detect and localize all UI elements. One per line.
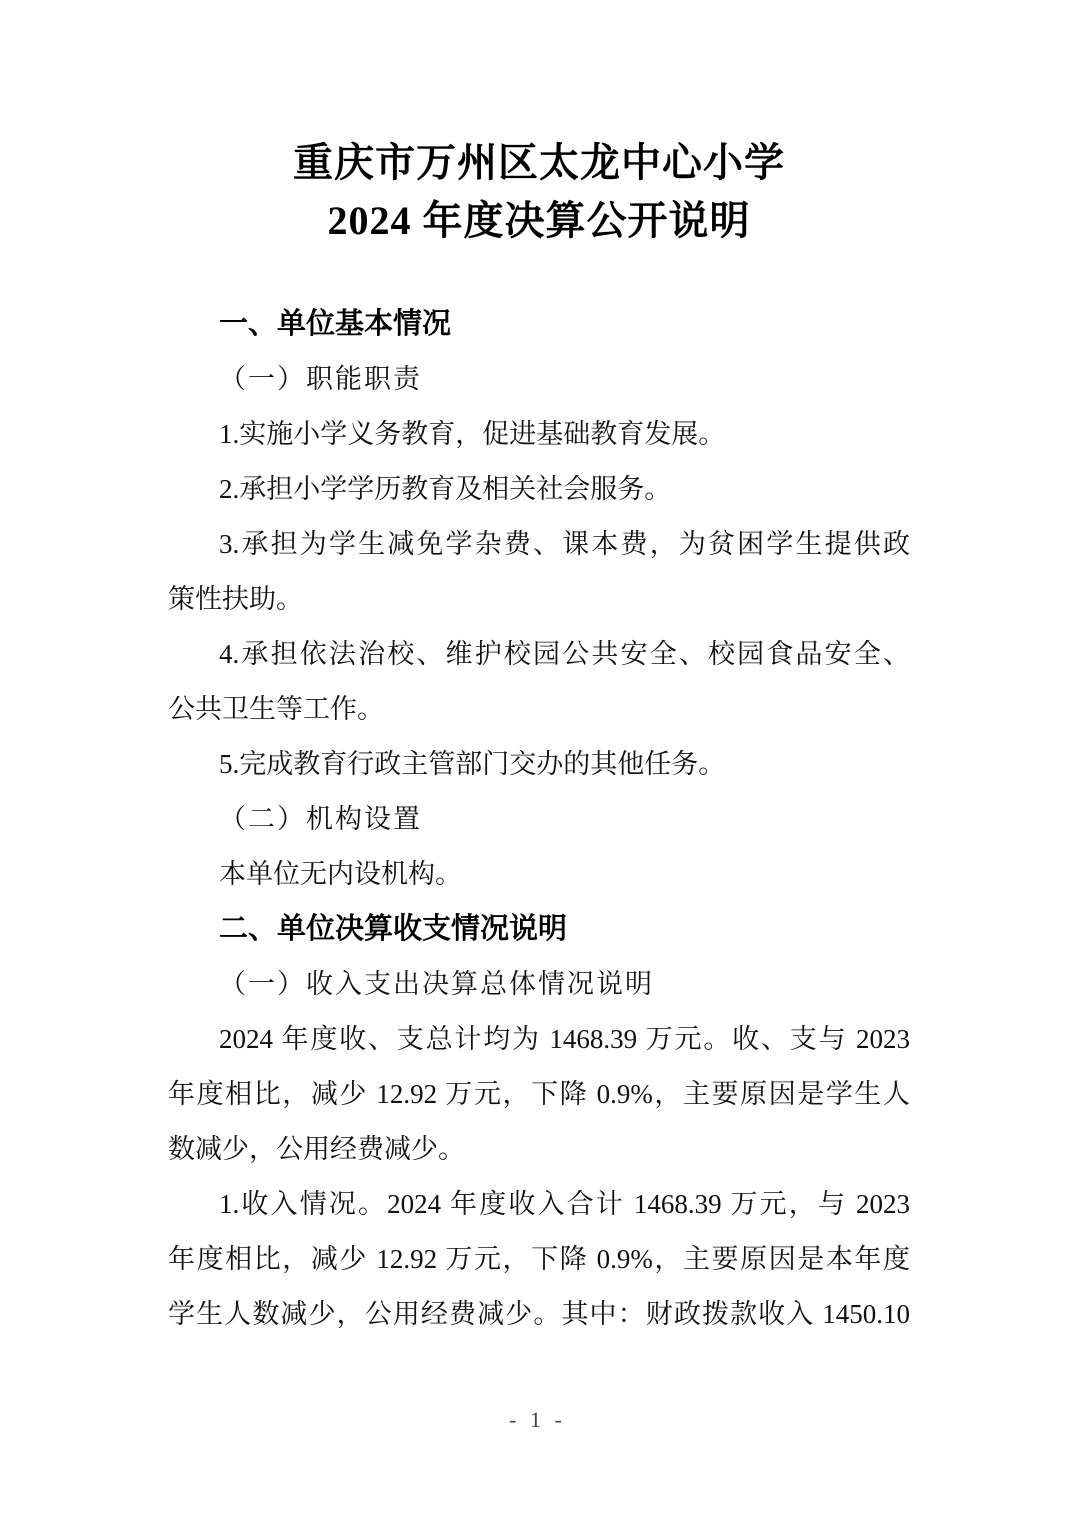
body-line: 4.承担依法治校、维护校园公共安全、校园食品安全、 [168,627,910,682]
body-line: 1.收入情况。2024 年度收入合计 1468.39 万元，与 2023 [168,1177,910,1232]
body-line: 2024 年度收、支总计均为 1468.39 万元。收、支与 2023 [168,1012,910,1067]
subsection-2-1-heading: （一）收入支出决算总体情况说明 [168,957,910,1012]
document-title-line2: 2024 年度决算公开说明 [168,192,910,250]
body-line: 2.承担小学学历教育及相关社会服务。 [168,462,910,517]
body-line: 本单位无内设机构。 [168,847,910,902]
document-page: 重庆市万州区太龙中心小学 2024 年度决算公开说明 一、单位基本情况 （一）职… [0,0,1075,1520]
section-1-heading: 一、单位基本情况 [168,297,910,352]
document-body: 一、单位基本情况 （一）职能职责 1.实施小学义务教育，促进基础教育发展。 2.… [168,297,910,1342]
body-line: 策性扶助。 [168,572,910,627]
body-line: 3.承担为学生减免学杂费、课本费，为贫困学生提供政 [168,517,910,572]
body-line: 学生人数减少，公用经费减少。其中：财政拨款收入 1450.10 [168,1287,910,1342]
document-title-line1: 重庆市万州区太龙中心小学 [168,134,910,192]
page-footer: - 1 - [0,1405,1075,1435]
body-line: 5.完成教育行政主管部门交办的其他任务。 [168,737,910,792]
body-line: 年度相比，减少 12.92 万元，下降 0.9%，主要原因是学生人 [168,1067,910,1122]
page-number: - 1 - [509,1407,566,1432]
subsection-1-2-heading: （二）机构设置 [168,792,910,847]
body-line: 年度相比，减少 12.92 万元，下降 0.9%，主要原因是本年度 [168,1232,910,1287]
body-line: 公共卫生等工作。 [168,682,910,737]
section-2-heading: 二、单位决算收支情况说明 [168,902,910,957]
body-line: 1.实施小学义务教育，促进基础教育发展。 [168,407,910,462]
subsection-1-1-heading: （一）职能职责 [168,352,910,407]
body-line: 数减少，公用经费减少。 [168,1122,910,1177]
document-title: 重庆市万州区太龙中心小学 2024 年度决算公开说明 [168,134,910,250]
